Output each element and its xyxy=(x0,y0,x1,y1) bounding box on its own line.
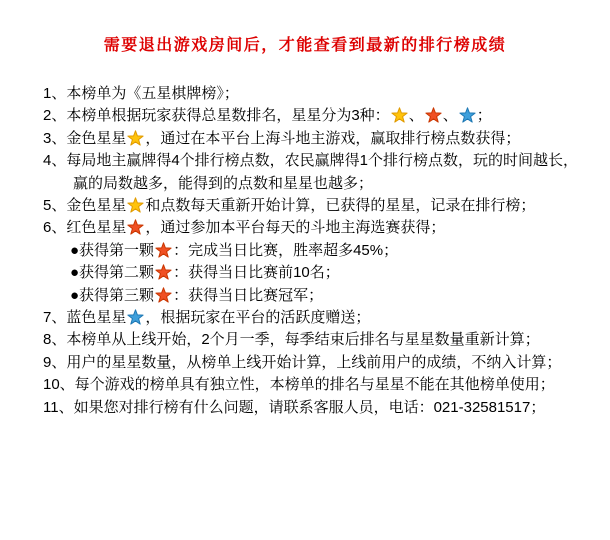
rule-6-sub-3: ●获得第三颗：获得当日比赛冠军； xyxy=(70,285,585,307)
rule-1: 1、本榜单为《五星棋牌榜》； xyxy=(43,83,585,105)
rule-4: 4、每局地主赢牌得4个排行榜点数，农民赢牌得1个排行榜点数，玩的时间越长，赢的局… xyxy=(43,150,585,195)
rule-6-sub-2: ●获得第二颗：获得当日比赛前10名； xyxy=(70,262,585,284)
rule-text: 7、蓝色星星 xyxy=(43,309,126,326)
rule-text: 、 xyxy=(409,107,424,124)
rule-text: 和点数每天重新开始计算，已获得的星星，记录在排行榜； xyxy=(145,197,535,214)
rule-text: ：完成当日比赛，胜率超多45%； xyxy=(173,242,398,259)
rule-7: 7、蓝色星星，根据玩家在平台的活跃度赠送； xyxy=(43,307,585,329)
rule-text: ●获得第二颗 xyxy=(70,264,154,281)
ranking-rules-page: 需要退出游戏房间后，才能查看到最新的排行榜成绩 1、本榜单为《五星棋牌榜》；2、… xyxy=(0,0,610,540)
gold-star-icon xyxy=(126,128,145,150)
rule-text: 8、本榜单从上线开始，2个月一季，每季结束后排名与星星数量重新计算； xyxy=(43,331,540,348)
rule-text: 11、如果您对排行榜有什么问题，请联系客服人员，电话：021-32581517； xyxy=(43,399,545,416)
rule-2: 2、本榜单根据玩家获得总星数排名，星星分为3种：、、； xyxy=(43,105,585,127)
rule-text: 1、本榜单为《五星棋牌榜》； xyxy=(43,85,239,102)
rule-text: 2、本榜单根据玩家获得总星数排名，星星分为3种： xyxy=(43,107,390,124)
rules-list: 1、本榜单为《五星棋牌榜》；2、本榜单根据玩家获得总星数排名，星星分为3种：、、… xyxy=(43,83,585,419)
rule-5: 5、金色星星和点数每天重新开始计算，已获得的星星，记录在排行榜； xyxy=(43,195,585,217)
rule-text: ●获得第三颗 xyxy=(70,287,154,304)
rule-text: 、 xyxy=(443,107,458,124)
rule-text: 3、金色星星 xyxy=(43,130,126,147)
rule-text: ，通过参加本平台每天的斗地主海选赛获得； xyxy=(145,219,445,236)
rule-9: 9、用户的星星数量，从榜单上线开始计算，上线前用户的成绩，不纳入计算； xyxy=(43,352,585,374)
rule-text: ； xyxy=(477,107,492,124)
rule-text: ●获得第一颗 xyxy=(70,242,154,259)
rule-text: 5、金色星星 xyxy=(43,197,126,214)
red-star-icon xyxy=(154,262,173,284)
rule-6: 6、红色星星，通过参加本平台每天的斗地主海选赛获得； xyxy=(43,217,585,239)
rule-text: 10、每个游戏的榜单具有独立性，本榜单的排名与星星不能在其他榜单使用； xyxy=(43,376,555,393)
rule-6-sub-1: ●获得第一颗：完成当日比赛，胜率超多45%； xyxy=(70,240,585,262)
rule-10: 10、每个游戏的榜单具有独立性，本榜单的排名与星星不能在其他榜单使用； xyxy=(43,374,585,396)
red-star-icon xyxy=(154,285,173,307)
rule-3: 3、金色星星，通过在本平台上海斗地主游戏，赢取排行榜点数获得； xyxy=(43,128,585,150)
rule-8: 8、本榜单从上线开始，2个月一季，每季结束后排名与星星数量重新计算； xyxy=(43,329,585,351)
red-star-icon xyxy=(424,105,443,127)
rule-text: ：获得当日比赛前10名； xyxy=(173,264,340,281)
blue-star-icon xyxy=(458,105,477,127)
rule-text: ，根据玩家在平台的活跃度赠送； xyxy=(145,309,370,326)
page-title: 需要退出游戏房间后，才能查看到最新的排行榜成绩 xyxy=(0,0,610,55)
rule-text: ，通过在本平台上海斗地主游戏，赢取排行榜点数获得； xyxy=(145,130,520,147)
rule-text: 4、每局地主赢牌得4个排行榜点数，农民赢牌得1个排行榜点数，玩的时间越长，赢的局… xyxy=(43,152,578,191)
rule-11: 11、如果您对排行榜有什么问题，请联系客服人员，电话：021-32581517； xyxy=(43,397,585,419)
gold-star-icon xyxy=(126,195,145,217)
red-star-icon xyxy=(154,240,173,262)
rule-text: 6、红色星星 xyxy=(43,219,126,236)
blue-star-icon xyxy=(126,307,145,329)
rule-text: 9、用户的星星数量，从榜单上线开始计算，上线前用户的成绩，不纳入计算； xyxy=(43,354,561,371)
gold-star-icon xyxy=(390,105,409,127)
rule-text: ：获得当日比赛冠军； xyxy=(173,287,323,304)
red-star-icon xyxy=(126,217,145,239)
